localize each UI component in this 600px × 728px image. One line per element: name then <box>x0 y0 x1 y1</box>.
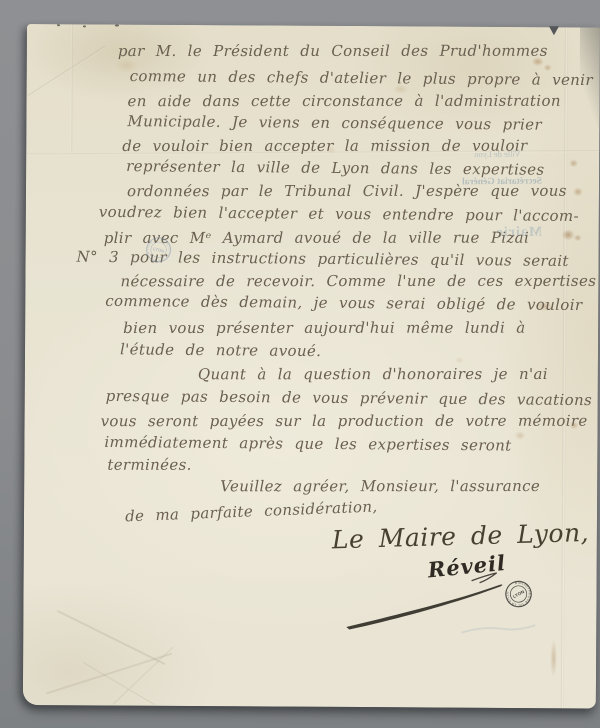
letter-line: terminées. <box>107 456 192 474</box>
paper-tear-notch <box>549 26 559 35</box>
letter-line: vous seront payées sur la production de … <box>101 412 588 430</box>
signature: Réveil <box>427 550 507 583</box>
foxing-spot <box>562 229 575 240</box>
bottom-crease <box>46 653 172 694</box>
signature-flourish <box>346 584 502 631</box>
bottom-crease <box>57 610 165 665</box>
letter-line: représenter la ville de Lyon dans les ex… <box>126 157 545 179</box>
corner-crease <box>27 46 106 97</box>
verso-squiggle <box>461 625 535 633</box>
edge-speck <box>57 24 60 26</box>
stamp-center-text: LYON <box>512 589 525 599</box>
letter-line: l'étude de notre avoué. <box>120 340 321 360</box>
edge-speck <box>83 25 86 27</box>
letter-line: Veuillez agréer, Monsieur, l'assurance <box>220 477 540 495</box>
letter-line: ordonnées par le Tribunal Civil. J'espèr… <box>127 182 567 200</box>
letter-line: de ma parfaite considération, <box>125 497 378 525</box>
letter-line: en aide dans cette circonstance à l'admi… <box>128 92 561 110</box>
letter-line: immédiatement après que les expertises s… <box>104 433 511 455</box>
page-edge-shadow <box>579 27 600 127</box>
left-wrinkle <box>70 24 73 152</box>
letter-line: par M. le Président du Conseil des Prud'… <box>118 42 548 60</box>
letter-line: bien vous présenter aujourd'hui même lun… <box>123 319 525 337</box>
foxing-spot <box>569 159 578 167</box>
letter-line: de vouloir bien accepter la mission de v… <box>122 137 527 155</box>
foxing-spot <box>574 234 582 241</box>
letter-line: nécessaire de recevoir. Comme l'une de c… <box>120 272 596 290</box>
edge-speck <box>115 25 119 27</box>
letter-line: voudrez bien l'accepter et vous entendre… <box>99 203 579 225</box>
svg-text:BIBLIOTHÈQUE DE LA VILLE: BIBLIOTHÈQUE DE LA VILLE <box>501 576 537 612</box>
signoff-title: Le Maire de Lyon, <box>332 518 590 554</box>
letter-line: presque pas besoin de vous prévenir que … <box>106 387 592 409</box>
foxing-streak <box>550 639 557 677</box>
foxing-spot <box>573 187 583 196</box>
letter-page: Ville de Lyon Secrétariat Général Mairie… <box>23 24 600 708</box>
letter-line: Quant à la question d'honoraires je n'ai <box>198 365 548 383</box>
letter-line: commence dès demain, je vous serai oblig… <box>105 292 582 314</box>
letter-line: N° 3 pour les instructions particulières… <box>77 248 569 270</box>
stamp-ring-text: BIBLIOTHÈQUE DE LA VILLE <box>501 576 537 612</box>
pencil-crease-marks <box>83 646 173 705</box>
foxing-spot <box>514 431 525 440</box>
letter-line: plir avec Mᵉ Aymard avoué de la ville ru… <box>104 229 529 247</box>
vertical-fold-crease <box>561 27 568 708</box>
scanner-backdrop: Ville de Lyon Secrétariat Général Mairie… <box>0 0 600 728</box>
letter-line: comme un des chefs d'atelier le plus pro… <box>130 67 593 89</box>
foxing-spot <box>455 357 464 364</box>
library-stamp-black: BIBLIOTHÈQUE DE LA VILLE LYON <box>494 570 543 619</box>
letter-line: Municipale. Je viens en conséquence vous… <box>127 112 542 134</box>
